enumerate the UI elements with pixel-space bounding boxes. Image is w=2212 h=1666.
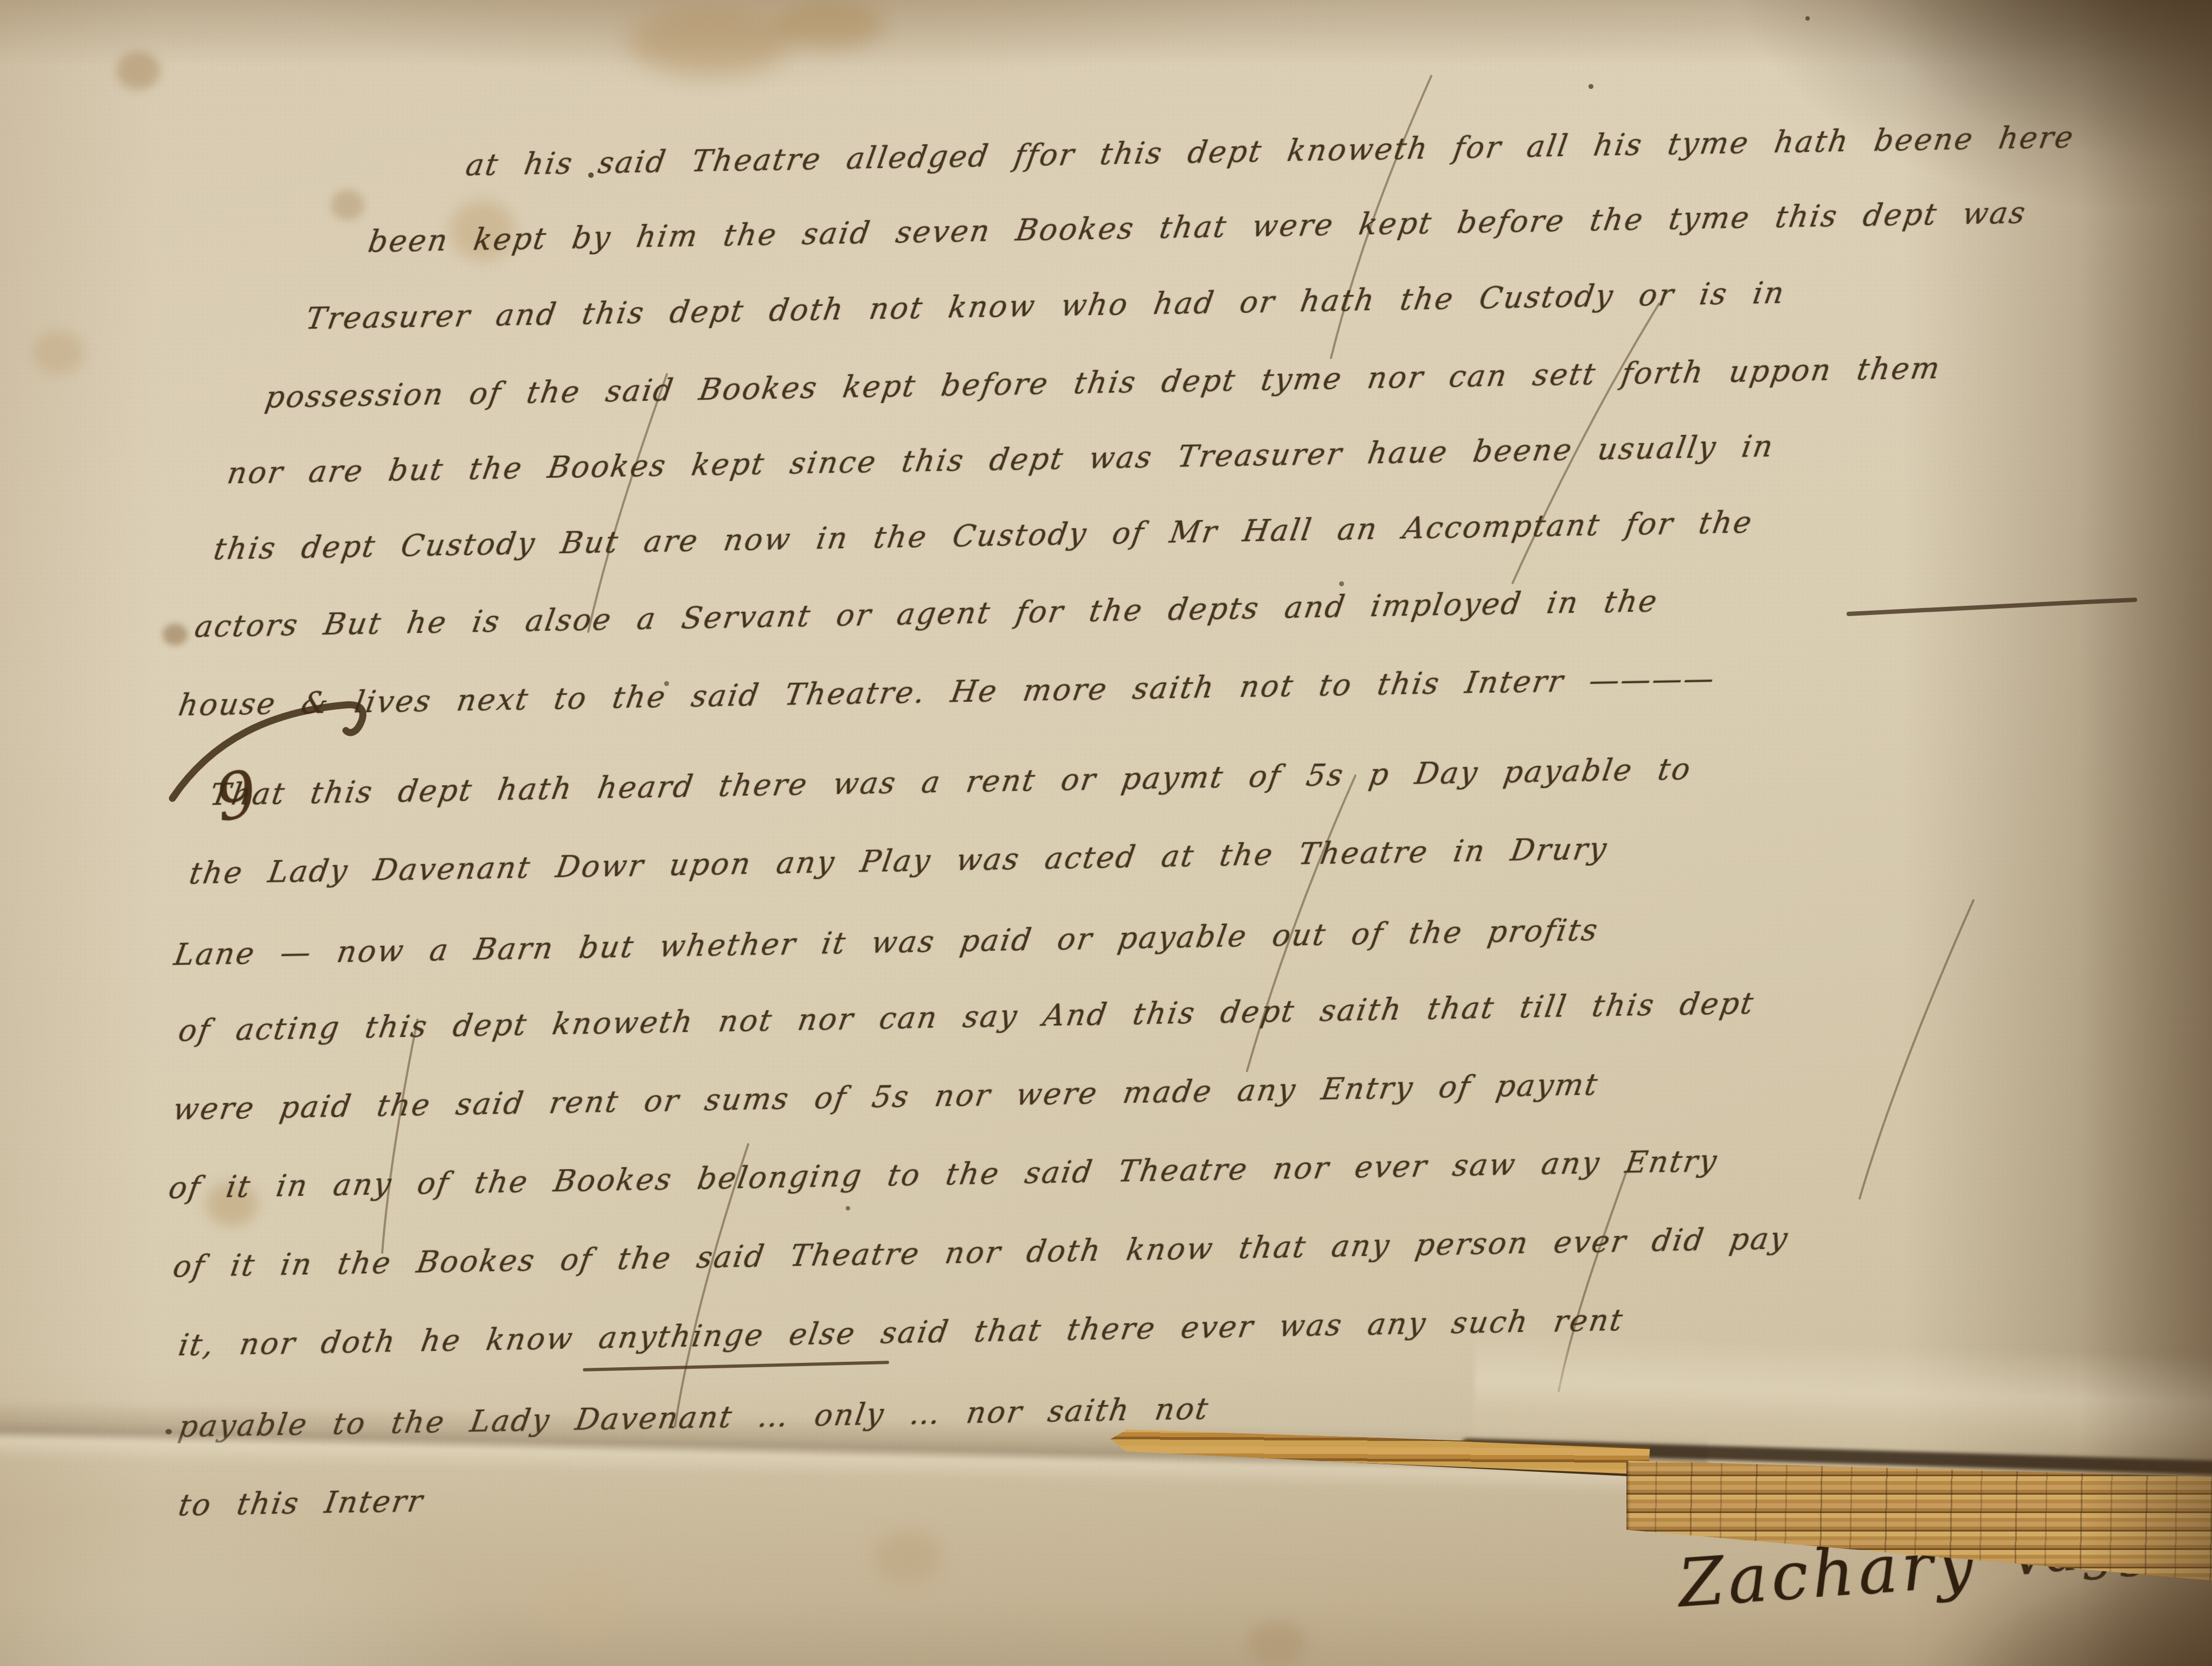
manuscript-photo: 9 at his said Theatre alledged ffor this… — [0, 0, 2212, 1666]
manuscript-line: to this Interr — [176, 1483, 427, 1522]
